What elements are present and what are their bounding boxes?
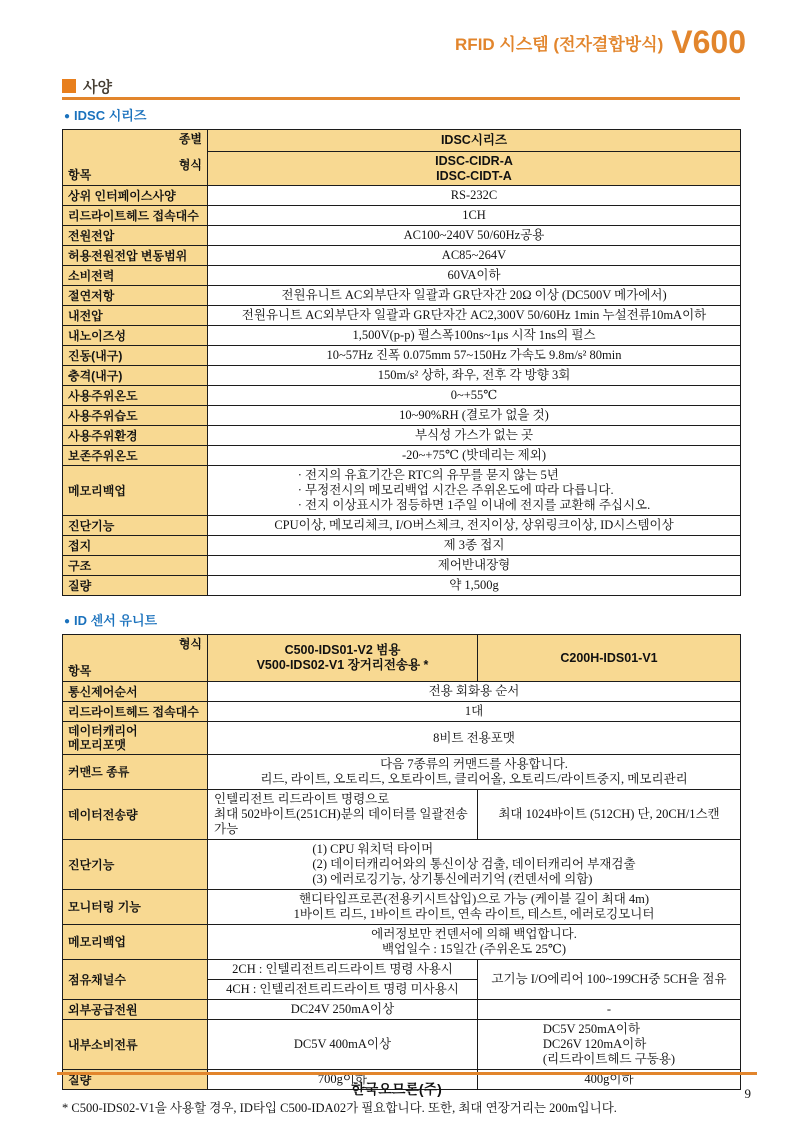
row-value: 1대 [208,702,741,722]
row-label: 데이터전송량 [63,790,208,840]
table-row: 구조제어반내장형 [63,556,741,576]
row-value: 제어반내장형 [208,556,741,576]
footnote: * C500-IDS02-V1을 사용할 경우, ID타입 C500-IDA02… [62,1098,740,1116]
cell-text: · 전지의 유효기간은 RTC의 유무를 묻지 않는 5년 · 무정전시의 메모… [298,468,651,513]
row-label: 접지 [63,536,208,556]
table-row: 데이터전송량인텔리전트 리드라이트 명령으로 최대 502바이트(251CH)분… [63,790,741,840]
row-value: 전용 회화용 순서 [208,682,741,702]
row-label: 리드라이트헤드 접속대수 [63,702,208,722]
row-label: 통신제어순서 [63,682,208,702]
section-header: 사양 [62,76,112,97]
sensor-table-header: 형식 항목 C500-IDS01-V2 범용 V500-IDS02-V1 장거리… [63,635,741,682]
table-row: 보존주위온도-20~+75℃ (밧데리는 제외) [63,446,741,466]
table-header-row: 형식 항목 C500-IDS01-V2 범용 V500-IDS02-V1 장거리… [63,635,741,682]
table-row: 허용전원전압 변동범위AC85~264V [63,246,741,266]
idsc-table-body: 상위 인터페이스사양RS-232C리드라이트헤드 접속대수1CH전원전압AC10… [63,186,741,596]
row-value: 부식성 가스가 없는 곳 [208,426,741,446]
cell-text: (1) CPU 워치덕 타이머 (2) 데이터캐리어와의 통신이상 검출, 데이… [312,842,635,887]
page-content: ●IDSC 시리즈 종별 형식 항목 IDSC시리즈 IDSC-CIDR-A I… [62,105,740,1116]
row-label: 커맨드 종류 [63,755,208,790]
row-value: 핸디타입프로콘(전용키시트삽입)으로 가능 (케이블 길이 최대 4m) 1바이… [208,890,741,925]
table-row: 접지제 3종 접지 [63,536,741,556]
table-row: 사용주위온도0~+55℃ [63,386,741,406]
row-value: AC100~240V 50/60Hz공용 [208,226,741,246]
row-label: 내전압 [63,306,208,326]
doc-model-number: V600 [671,24,746,60]
row-value: 전원유니트 AC외부단자 일괄과 GR단자간 20Ω 이상 (DC500V 메가… [208,286,741,306]
row-value: 10~90%RH (결로가 없을 것) [208,406,741,426]
row-label: 질량 [63,576,208,596]
column-header-cell: C200H-IDS01-V1 [478,635,741,682]
section-title: 사양 [83,79,112,96]
table-row: 리드라이트헤드 접속대수1대 [63,702,741,722]
table2-title-label: ID 센서 유니트 [74,613,157,628]
table-row: 충격(내구)150m/s² 상하, 좌우, 전후 각 방향 3회 [63,366,741,386]
row-value: 다음 7종류의 커맨드를 사용합니다. 리드, 라이트, 오토리드, 오토라이트… [208,755,741,790]
row-label: 진단기능 [63,840,208,890]
table-row: 진동(내구)10~57Hz 진폭 0.075mm 57~150Hz 가속도 9.… [63,346,741,366]
table-row: 진단기능CPU이상, 메모리체크, I/O버스체크, 전지이상, 상위링크이상,… [63,516,741,536]
footer-rule [57,1072,757,1075]
row-label: 내부소비전류 [63,1020,208,1070]
corner-item-label: 항목 [68,169,91,182]
table-row: 전원전압AC100~240V 50/60Hz공용 [63,226,741,246]
sensor-table-body: 통신제어순서전용 회화용 순서리드라이트헤드 접속대수1대데이터캐리어 메모리포… [63,682,741,1090]
table-row: 내전압전원유니트 AC외부단자 일괄과 GR단자간 AC2,300V 50/60… [63,306,741,326]
row-label: 전원전압 [63,226,208,246]
row-label: 보존주위온도 [63,446,208,466]
idsc-series-spec-table: 종별 형식 항목 IDSC시리즈 IDSC-CIDR-A IDSC-CIDT-A… [62,129,741,596]
corner-format-label: 형식 [179,159,202,172]
row-label: 충격(내구) [63,366,208,386]
row-value: 에러정보만 컨덴서에 의해 백업합니다. 백업일수 : 15일간 (주위온도 2… [208,925,741,960]
row-value: 60VA이하 [208,266,741,286]
table-row: 절연저항전원유니트 AC외부단자 일괄과 GR단자간 20Ω 이상 (DC500… [63,286,741,306]
section-square-icon [62,79,76,93]
doc-title: RFID 시스템 (전자결합방식) [455,35,663,54]
cell-text: 인텔리전트 리드라이트 명령으로 최대 502바이트(251CH)분의 데이터를… [214,792,471,837]
row-value: AC85~264V [208,246,741,266]
doc-header: RFID 시스템 (전자결합방식)V600 [455,24,746,61]
table-row: 외부공급전원DC24V 250mA이상- [63,1000,741,1020]
row-label: 사용주위환경 [63,426,208,446]
row-value: 인텔리전트 리드라이트 명령으로 최대 502바이트(251CH)분의 데이터를… [208,790,478,840]
row-value: - [478,1000,741,1020]
corner-item-label: 항목 [68,665,91,678]
table-row: 내부소비전류DC5V 400mA이상DC5V 250mA이하 DC26V 120… [63,1020,741,1070]
table-row: 데이터캐리어 메모리포맷8비트 전용포맷 [63,722,741,755]
table1-title-label: IDSC 시리즈 [74,108,146,123]
table-row: 진단기능(1) CPU 워치덕 타이머 (2) 데이터캐리어와의 통신이상 검출… [63,840,741,890]
row-value: DC5V 250mA이하 DC26V 120mA이하 (리드라이트헤드 구동용) [478,1020,741,1070]
row-value: 최대 1024바이트 (512CH) 단, 20CH/1스캔 [478,790,741,840]
corner-kind-label: 종별 [179,133,202,146]
models-header-cell: IDSC-CIDR-A IDSC-CIDT-A [208,152,741,186]
row-value: -20~+75℃ (밧데리는 제외) [208,446,741,466]
row-label: 진동(내구) [63,346,208,366]
page-number: 9 [745,1086,752,1102]
row-value: 2CH : 인텔리전트리드라이트 명령 사용시 [208,960,478,980]
row-label: 리드라이트헤드 접속대수 [63,206,208,226]
table-row: 소비전력60VA이하 [63,266,741,286]
table-row: 질량약 1,500g [63,576,741,596]
row-label: 메모리백업 [63,466,208,516]
series-header-cell: IDSC시리즈 [208,130,741,152]
row-value: RS-232C [208,186,741,206]
spacer [62,596,740,610]
idsc-table-header: 종별 형식 항목 IDSC시리즈 IDSC-CIDR-A IDSC-CIDT-A [63,130,741,186]
document-page: RFID 시스템 (전자결합방식)V600 사양 ●IDSC 시리즈 종별 형식… [0,0,793,1121]
row-value: 1,500V(p-p) 펄스폭100ns~1μs 시작 1ns의 펄스 [208,326,741,346]
table-row: 통신제어순서전용 회화용 순서 [63,682,741,702]
row-value: 전원유니트 AC외부단자 일괄과 GR단자간 AC2,300V 50/60Hz … [208,306,741,326]
table-row: 사용주위환경부식성 가스가 없는 곳 [63,426,741,446]
bullet-icon: ● [64,111,70,122]
row-value: (1) CPU 워치덕 타이머 (2) 데이터캐리어와의 통신이상 검출, 데이… [208,840,741,890]
row-label: 내노이즈성 [63,326,208,346]
table-row: 모니터링 기능핸디타입프로콘(전용키시트삽입)으로 가능 (케이블 길이 최대 … [63,890,741,925]
row-label: 모니터링 기능 [63,890,208,925]
row-label: 외부공급전원 [63,1000,208,1020]
row-value: 고기능 I/O에리어 100~199CH중 5CH을 점유 [478,960,741,1000]
row-label: 상위 인터페이스사양 [63,186,208,206]
row-value: 0~+55℃ [208,386,741,406]
footer-company: 한국오므론(주) [0,1079,793,1099]
corner-cell: 종별 형식 항목 [63,130,208,186]
row-label: 구조 [63,556,208,576]
bullet-icon: ● [64,616,70,627]
row-label: 진단기능 [63,516,208,536]
row-value: 150m/s² 상하, 좌우, 전후 각 방향 3회 [208,366,741,386]
table-row: 점유채널수2CH : 인텔리전트리드라이트 명령 사용시고기능 I/O에리어 1… [63,960,741,980]
row-label: 사용주위습도 [63,406,208,426]
row-label: 사용주위온도 [63,386,208,406]
table-row: 메모리백업· 전지의 유효기간은 RTC의 유무를 묻지 않는 5년 · 무정전… [63,466,741,516]
table-row: 사용주위습도10~90%RH (결로가 없을 것) [63,406,741,426]
cell-text: DC5V 250mA이하 DC26V 120mA이하 (리드라이트헤드 구동용) [543,1022,675,1067]
table1-title: ●IDSC 시리즈 [64,105,740,124]
table-row: 메모리백업에러정보만 컨덴서에 의해 백업합니다. 백업일수 : 15일간 (주… [63,925,741,960]
row-value: DC24V 250mA이상 [208,1000,478,1020]
row-value: 1CH [208,206,741,226]
table-row: 내노이즈성1,500V(p-p) 펄스폭100ns~1μs 시작 1ns의 펄스 [63,326,741,346]
row-value: · 전지의 유효기간은 RTC의 유무를 묻지 않는 5년 · 무정전시의 메모… [208,466,741,516]
row-value: CPU이상, 메모리체크, I/O버스체크, 전지이상, 상위링크이상, ID시… [208,516,741,536]
row-label: 소비전력 [63,266,208,286]
row-value: 10~57Hz 진폭 0.075mm 57~150Hz 가속도 9.8m/s² … [208,346,741,366]
row-value: 약 1,500g [208,576,741,596]
row-value: 8비트 전용포맷 [208,722,741,755]
row-value: 제 3종 접지 [208,536,741,556]
row-label: 절연저항 [63,286,208,306]
id-sensor-unit-spec-table: 형식 항목 C500-IDS01-V2 범용 V500-IDS02-V1 장거리… [62,634,741,1090]
row-label: 데이터캐리어 메모리포맷 [63,722,208,755]
row-label: 허용전원전압 변동범위 [63,246,208,266]
row-value: DC5V 400mA이상 [208,1020,478,1070]
table-header-row: 종별 형식 항목 IDSC시리즈 [63,130,741,152]
table-row: 리드라이트헤드 접속대수1CH [63,206,741,226]
column-header-cell: C500-IDS01-V2 범용 V500-IDS02-V1 장거리전송용 * [208,635,478,682]
corner-format-label: 형식 [179,638,202,651]
table2-title: ●ID 센서 유니트 [64,610,740,629]
table-row: 커맨드 종류다음 7종류의 커맨드를 사용합니다. 리드, 라이트, 오토리드,… [63,755,741,790]
section-rule [62,97,740,100]
row-label: 점유채널수 [63,960,208,1000]
row-label: 메모리백업 [63,925,208,960]
row-value: 4CH : 인텔리전트리드라이트 명령 미사용시 [208,980,478,1000]
corner-cell: 형식 항목 [63,635,208,682]
table-row: 상위 인터페이스사양RS-232C [63,186,741,206]
